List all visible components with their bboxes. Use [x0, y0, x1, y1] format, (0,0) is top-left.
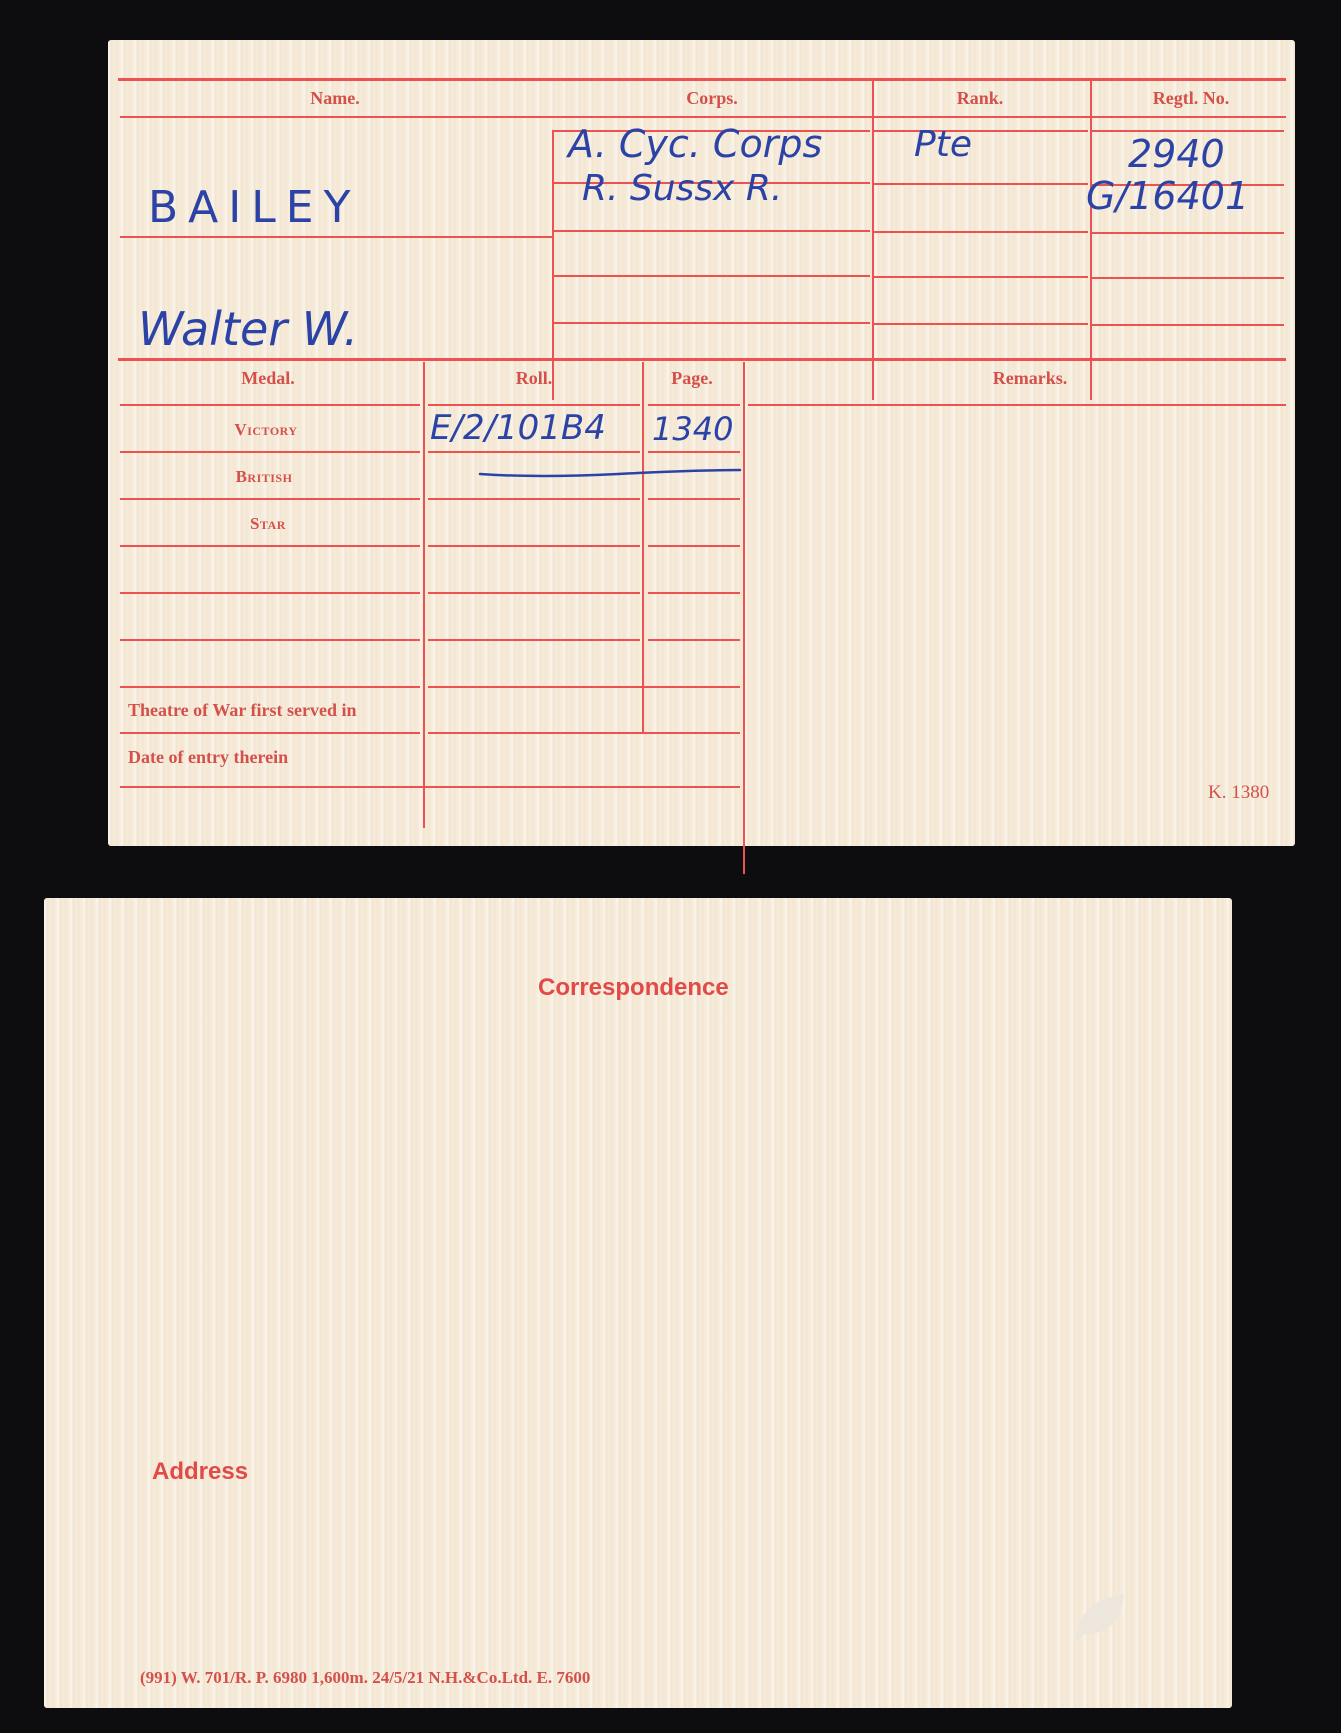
rank-header: Rank.: [957, 88, 1004, 109]
corps-entry-line2: R. Sussx R.: [582, 168, 782, 209]
divider: [642, 362, 644, 732]
name-header: Name.: [310, 88, 359, 109]
roll-entry: E/2/101B4: [430, 408, 606, 448]
date-of-entry-label: Date of entry therein: [128, 747, 288, 768]
page-header: Page.: [671, 368, 712, 389]
printer-imprint: (991) W. 701/R. P. 6980 1,600m. 24/5/21 …: [140, 1668, 590, 1688]
rule: [428, 732, 740, 734]
rule: [874, 130, 1088, 132]
divider: [872, 80, 874, 400]
rule: [648, 498, 740, 500]
surname-entry: BAILEY: [148, 182, 360, 233]
divider: [1090, 80, 1092, 400]
rule: [120, 404, 420, 406]
rule: [1092, 277, 1284, 279]
page-entry: 1340: [652, 410, 733, 448]
medal-british: British: [236, 467, 293, 487]
rule: [554, 230, 870, 232]
corps-entry-line1: A. Cyc. Corps: [568, 122, 822, 166]
rule: [120, 236, 552, 238]
medal-index-card-front: Name. Corps. Rank. Regtl. No. BAILEY Wal…: [108, 40, 1295, 846]
medal-index-card-back: Correspondence Address (991) W. 701/R. P…: [44, 898, 1232, 1708]
rule: [120, 786, 740, 788]
corps-header: Corps.: [686, 88, 738, 109]
rule: [120, 639, 420, 641]
rule: [748, 404, 1286, 406]
rule: [1092, 232, 1284, 234]
rule: [428, 545, 640, 547]
rule: [554, 322, 870, 324]
ditto-underline-stroke: [478, 462, 748, 480]
medal-header: Medal.: [241, 368, 295, 389]
leaf-watermark-icon: [1068, 1588, 1132, 1648]
address-label: Address: [152, 1458, 248, 1486]
rule: [120, 451, 420, 453]
theatre-of-war-label: Theatre of War first served in: [128, 700, 356, 721]
rule: [120, 732, 420, 734]
rule: [428, 498, 640, 500]
rule: [118, 78, 1286, 81]
rule: [1092, 324, 1284, 326]
rule: [120, 498, 420, 500]
rule: [648, 545, 740, 547]
regtl-no-header: Regtl. No.: [1153, 88, 1229, 109]
regtl-no-entry-line1: 2940: [1128, 132, 1225, 176]
rule: [874, 323, 1088, 325]
rule: [428, 451, 640, 453]
remarks-header: Remarks.: [993, 368, 1068, 389]
correspondence-label: Correspondence: [538, 974, 729, 1002]
rule: [428, 639, 640, 641]
rule: [874, 231, 1088, 233]
section-rule: [118, 358, 1286, 361]
rule: [428, 404, 640, 406]
rule: [648, 404, 740, 406]
medal-star: Star: [250, 514, 286, 534]
rule: [428, 592, 640, 594]
medal-victory: Victory: [234, 420, 297, 440]
rule: [428, 686, 740, 688]
roll-header: Roll.: [516, 368, 553, 389]
rule: [120, 545, 420, 547]
divider: [423, 362, 425, 828]
rule: [648, 592, 740, 594]
rule: [120, 686, 420, 688]
rank-entry: Pte: [914, 124, 972, 165]
form-code: K. 1380: [1208, 782, 1269, 804]
rule: [648, 639, 740, 641]
forenames-entry: Walter W.: [138, 302, 358, 356]
rule: [120, 116, 1286, 118]
rule: [554, 275, 870, 277]
rule: [120, 592, 420, 594]
rule: [874, 276, 1088, 278]
rule: [874, 183, 1088, 185]
divider: [743, 362, 745, 874]
regtl-no-entry-line2: G/16401: [1086, 174, 1249, 218]
rule: [648, 451, 740, 453]
